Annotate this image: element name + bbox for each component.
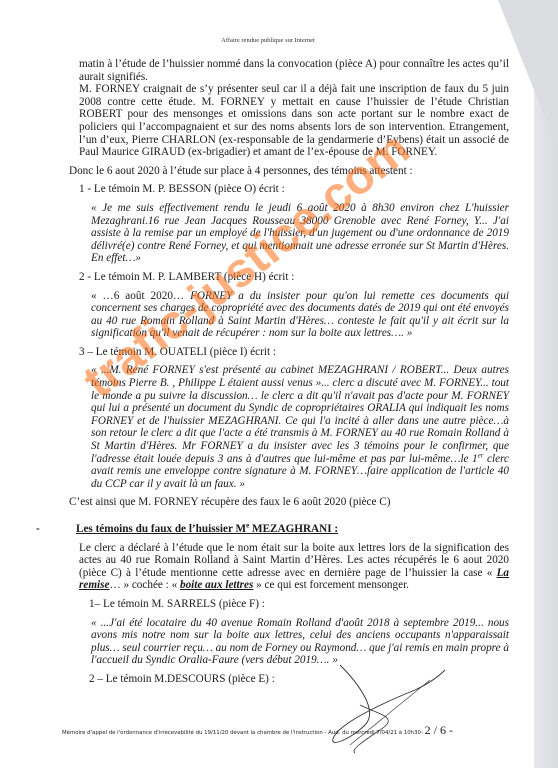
- witness-quote-ouateli: « ...M. René FORNEY s'est présenté au ca…: [79, 364, 509, 490]
- witness-heading-besson: 1 - Le témoin M. P. BESSON (pièce O) écr…: [69, 183, 509, 196]
- section-title-a: Les témoins du faux de l’huissier M: [76, 523, 246, 535]
- witness-heading-ouateli: 3 – Le témoin M. OUATELI (pièce I) écrit…: [69, 346, 509, 359]
- witness-quote-lambert: « …6 août 2020… FORNEY a du insister pou…: [79, 290, 509, 340]
- header-note: Affaire rendue publique sur Internet: [0, 37, 536, 44]
- quote-prefix: « …6 août 2020…: [91, 290, 190, 302]
- section-heading-mezaghrani: - Les témoins du faux de l’huissier Me M…: [76, 523, 509, 536]
- document-body: matin à l’étude de l’huissier nommé dans…: [79, 58, 509, 686]
- conclusion-paragraph: C’est ainsi que M. FORNEY récupère des f…: [69, 496, 509, 509]
- signature-scribble: [320, 655, 450, 755]
- dash-bullet: -: [36, 523, 40, 536]
- witness-heading-lambert: 2 - Le témoin M. P. LAMBERT (pièce H) éc…: [69, 271, 509, 284]
- para-text-b: … » cochée : «: [109, 579, 180, 591]
- intro-paragraph-1: matin à l’étude de l’huissier nommé dans…: [79, 58, 509, 83]
- page-number: 2 / 6 -: [425, 723, 453, 737]
- para-emphasis-boite: boite aux lettres: [180, 579, 253, 591]
- section-paragraph: Le clerc a déclaré à l’étude que le nom …: [79, 542, 509, 592]
- witness-heading-sarrels: 1– Le témoin M. SARRELS (pièce F) :: [79, 598, 509, 611]
- para-text-a: Le clerc a déclaré à l’étude que le nom …: [79, 542, 509, 579]
- para-text-c: » ce qui est forcement mensonger.: [253, 579, 409, 591]
- section-title-b: MEZAGHRANI :: [249, 523, 338, 535]
- footer-text: Mémoire d'appel de l'ordonnance d'irrece…: [62, 730, 425, 736]
- witness-quote-besson: « Je me suis effectivement rendu le jeud…: [79, 202, 509, 265]
- intro-paragraph-2: M. FORNEY craignait de s’y présenter seu…: [79, 83, 509, 159]
- intro-paragraph-3: Donc le 6 aout 2020 à l’étude sur place …: [69, 165, 509, 178]
- page-footer: Mémoire d'appel de l'ordonnance d'irrece…: [62, 723, 532, 738]
- quote-text-a: « ...M. René FORNEY s'est présenté au ca…: [91, 364, 509, 464]
